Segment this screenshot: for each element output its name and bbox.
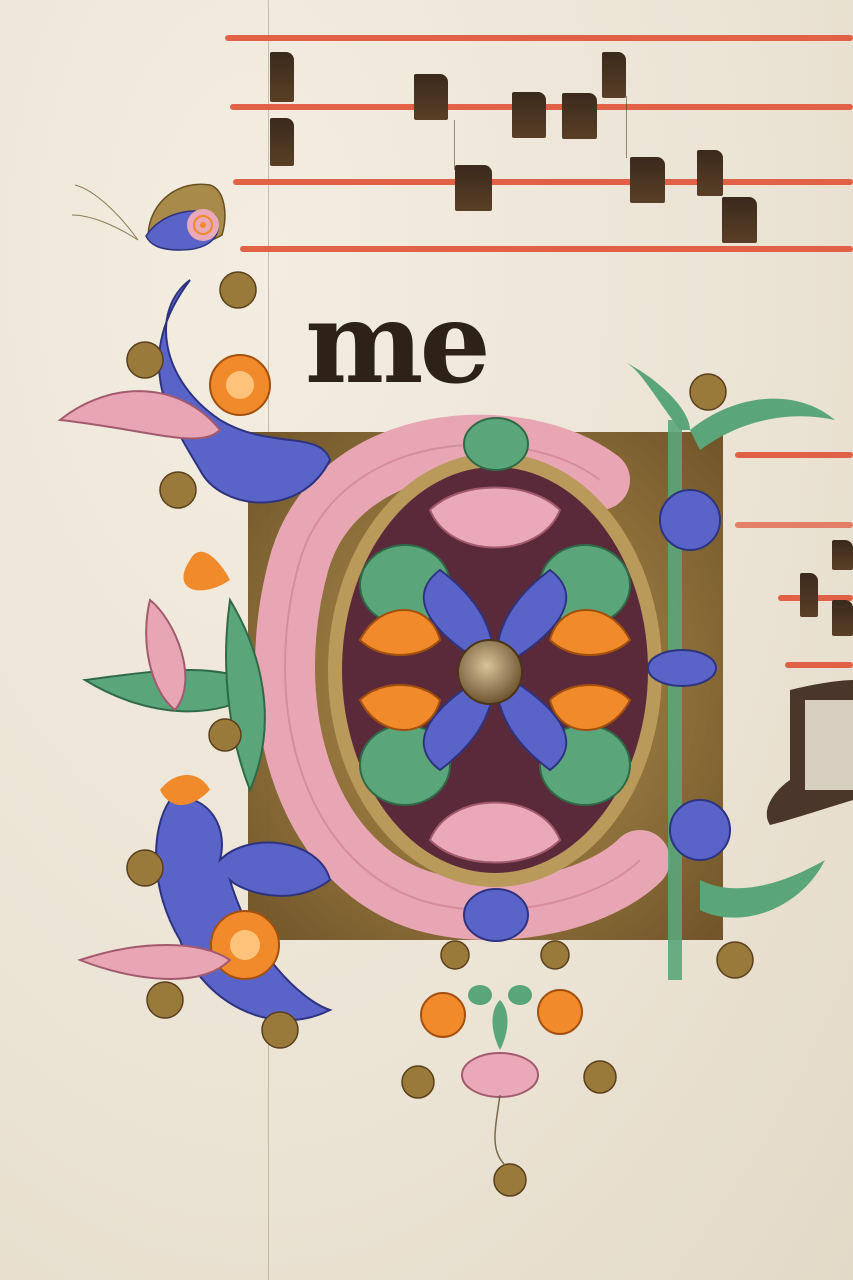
illuminated-initial-artwork: [0, 0, 853, 1280]
central-knot: [458, 640, 522, 704]
butterfly: [72, 184, 225, 250]
manuscript-page: me: [0, 0, 853, 1280]
